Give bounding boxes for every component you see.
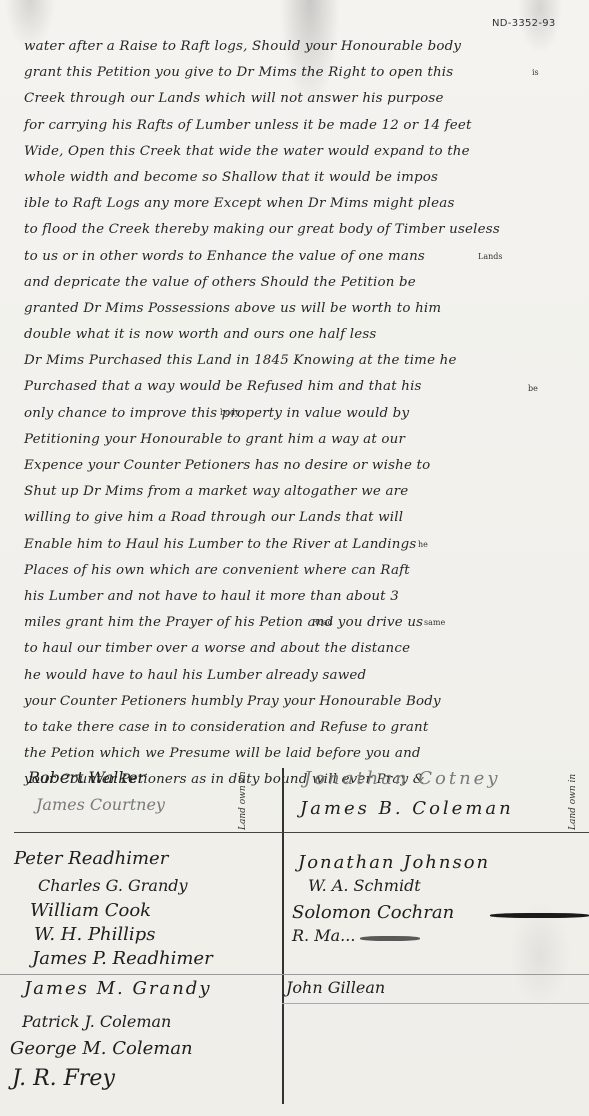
insertion-mark: Road bbox=[312, 618, 333, 627]
body-line: miles grant him the Prayer of his Petion… bbox=[24, 610, 584, 636]
signature: Robert Walker bbox=[28, 768, 145, 787]
signature-column-divider bbox=[282, 768, 284, 1104]
signature: R. Ma... bbox=[292, 926, 355, 945]
body-line: he would have to haul his Lumber already… bbox=[24, 663, 584, 689]
document-page: ND-3352-93 water after a Raise to Raft l… bbox=[0, 0, 589, 1116]
signature: William Cook bbox=[30, 900, 151, 921]
signature: James B. Coleman bbox=[300, 798, 514, 819]
body-line: granted Dr Mims Possessions above us wil… bbox=[24, 296, 584, 322]
signature: Solomon Cochran bbox=[292, 902, 454, 923]
body-line: Dr Mims Purchased this Land in 1845 Know… bbox=[24, 348, 584, 374]
signature: W. A. Schmidt bbox=[308, 876, 421, 895]
body-line: your Counter Petioners humbly Pray your … bbox=[24, 689, 584, 715]
body-line: the Petion which we Presume will be laid… bbox=[24, 741, 584, 767]
body-line: to haul our timber over a worse and abou… bbox=[24, 636, 584, 662]
body-line: Wide, Open this Creek that wide the wate… bbox=[24, 139, 584, 165]
signature: John Gillean bbox=[286, 978, 385, 997]
insertion-mark: is bbox=[532, 68, 539, 77]
signature: Jonathan Johnson bbox=[298, 852, 490, 873]
insertion-mark: he bbox=[418, 540, 428, 549]
body-line: to flood the Creek thereby making our gr… bbox=[24, 217, 584, 243]
body-line: Creek through our Lands which will not a… bbox=[24, 86, 584, 112]
body-line: Places of his own which are convenient w… bbox=[24, 558, 584, 584]
petition-body: water after a Raise to Raft logs, Should… bbox=[24, 34, 584, 793]
body-line: Enable him to Haul his Lumber to the Riv… bbox=[24, 532, 584, 558]
signature: W. H. Phillips bbox=[34, 924, 155, 945]
body-line: to take there case in to consideration a… bbox=[24, 715, 584, 741]
body-line: ible to Raft Logs any more Except when D… bbox=[24, 191, 584, 217]
body-line: for carrying his Rafts of Lumber unless … bbox=[24, 113, 584, 139]
reference-id: ND-3352-93 bbox=[492, 18, 556, 29]
margin-note: Land own en bbox=[238, 771, 248, 830]
insertion-mark: be bbox=[528, 384, 538, 393]
signature: George M. Coleman bbox=[10, 1038, 193, 1059]
ink-blot bbox=[490, 913, 589, 918]
signature: Peter Readhimer bbox=[14, 848, 168, 869]
body-line: whole width and become so Shallow that i… bbox=[24, 165, 584, 191]
margin-note: Land own in bbox=[568, 774, 578, 830]
signature: James Courtney bbox=[36, 795, 165, 814]
body-line: only chance to improve this property in … bbox=[24, 401, 584, 427]
body-line: Petitioning your Honourable to grant him… bbox=[24, 427, 584, 453]
body-line: Purchased that a way would be Refused hi… bbox=[24, 374, 584, 400]
signature: J. R. Frey bbox=[12, 1066, 115, 1091]
body-line: his Lumber and not have to haul it more … bbox=[24, 584, 584, 610]
body-line: grant this Petition you give to Dr Mims … bbox=[24, 60, 584, 86]
insertion-mark: body bbox=[220, 408, 240, 417]
body-line: double what it is now worth and ours one… bbox=[24, 322, 584, 348]
insertion-mark: Lands bbox=[478, 252, 502, 261]
insertion-mark: same bbox=[424, 618, 445, 627]
signature-rule bbox=[14, 832, 589, 833]
signature: Jonathan Cotney bbox=[304, 768, 501, 789]
signature: James P. Readhimer bbox=[32, 948, 213, 969]
body-line: willing to give him a Road through our L… bbox=[24, 505, 584, 531]
signature: Patrick J. Coleman bbox=[22, 1012, 171, 1031]
body-line: Expence your Counter Petioners has no de… bbox=[24, 453, 584, 479]
body-line: Shut up Dr Mims from a market way altoga… bbox=[24, 479, 584, 505]
ink-blot bbox=[360, 936, 420, 941]
body-line: and depricate the value of others Should… bbox=[24, 270, 584, 296]
signature-rule bbox=[0, 974, 589, 975]
body-line: water after a Raise to Raft logs, Should… bbox=[24, 34, 584, 60]
signature: James M. Grandy bbox=[24, 978, 212, 999]
signature-rule bbox=[282, 1003, 589, 1004]
signature: Charles G. Grandy bbox=[38, 876, 188, 895]
